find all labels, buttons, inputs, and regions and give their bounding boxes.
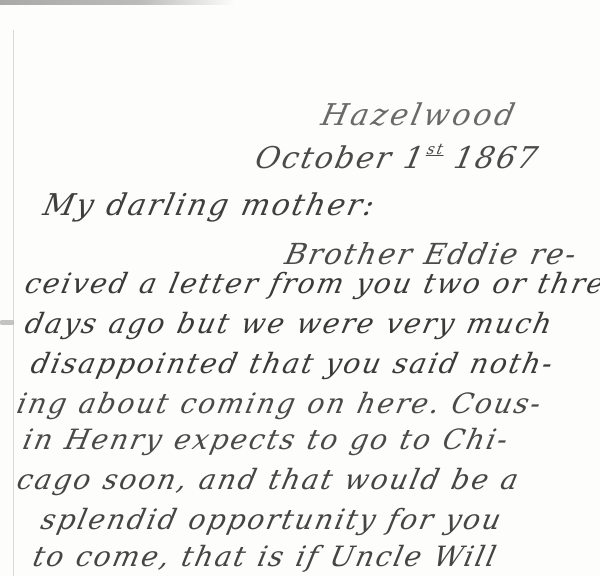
letter-line: days ago but we were very much (22, 307, 557, 340)
date-month-day: October 1 (252, 141, 429, 176)
letter-line: cago soon, and that would be a (14, 463, 523, 496)
letter-line: to come, that is if Uncle Will (30, 540, 501, 573)
letter-line: in Henry expects to go to Chi- (20, 423, 513, 456)
letter-date: October 1st 1867 (252, 140, 543, 176)
scan-edge-shadow (0, 0, 235, 5)
letter-line: Brother Eddie re- (282, 237, 581, 271)
fold-smudge (0, 320, 14, 325)
letter-page: Hazelwood October 1st 1867 My darling mo… (0, 0, 600, 576)
letter-place: Hazelwood (318, 98, 521, 133)
letter-line: ing about coming on here. Cous- (14, 387, 546, 420)
letter-line: splendid opportunity for you (38, 503, 506, 536)
date-ordinal: st (425, 140, 447, 158)
letter-salutation: My darling mother: (40, 188, 379, 223)
letter-line: ceived a letter from you two or three (22, 267, 600, 300)
date-year: 1867 (451, 141, 543, 176)
letter-line: disappointed that you said noth- (28, 347, 558, 380)
